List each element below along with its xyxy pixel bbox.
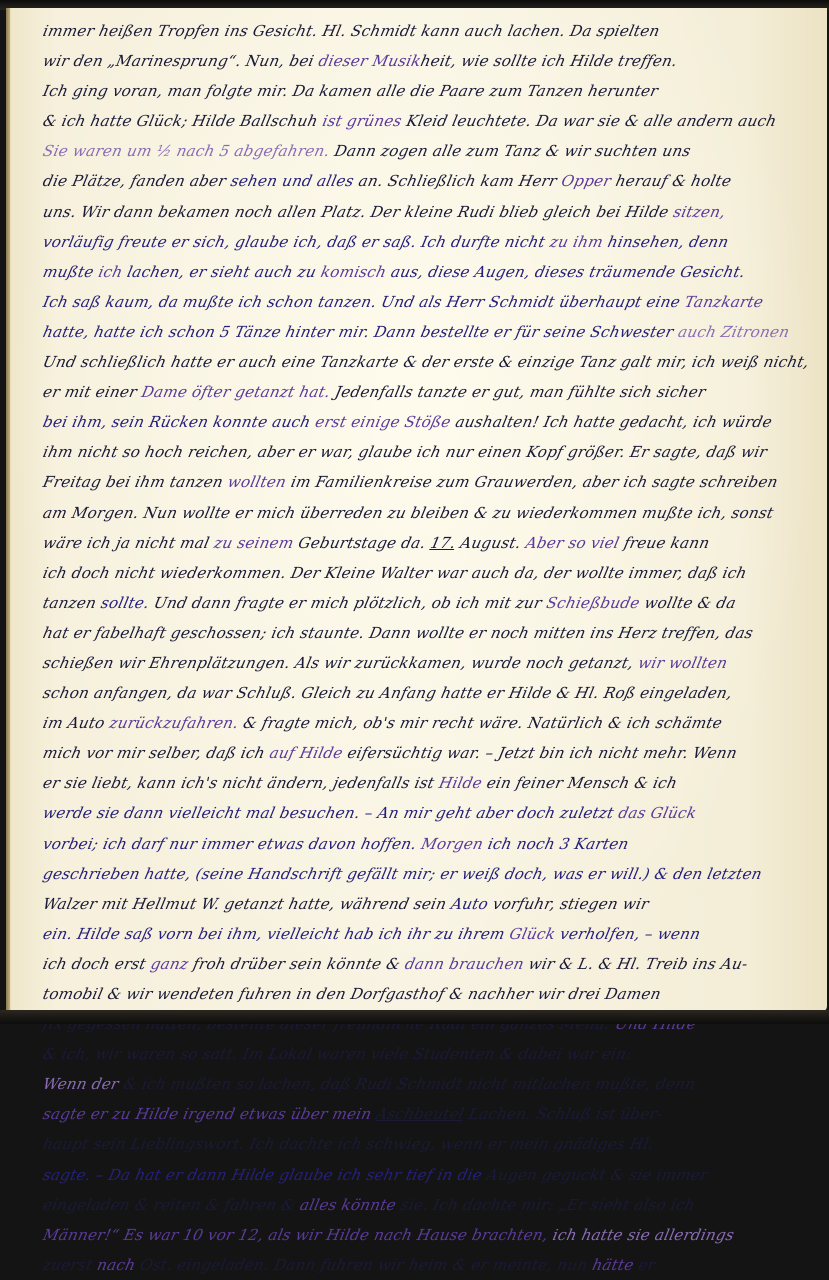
text-segment: hat er fabelhaft geschossen; ich staunte… [41, 624, 755, 642]
text-segment: ein. Hilde saß vorn bei ihm, vielleicht … [41, 925, 511, 943]
text-segment: schon anfangen, da war Schluß. Gleich zu… [41, 684, 734, 702]
text-segment: aus, diese Augen, dieses träumende Gesic… [384, 263, 747, 281]
text-segment: Ich saß kaum, da mußte ich schon tanzen.… [41, 293, 687, 311]
handwritten-line: vorbei; ich darf nur immer etwas davon h… [40, 829, 816, 859]
page-binding-edge [6, 8, 10, 1012]
text-segment: sehen und alles [229, 172, 356, 190]
text-segment: zu ihm [548, 233, 605, 251]
handwritten-line: vorläufig freute er sich, glaube ich, da… [40, 227, 816, 257]
text-segment: Hilde [437, 774, 483, 792]
text-segment: ihm nicht so hoch reichen, aber er war, … [41, 443, 769, 461]
text-segment: Ich ging voran, man folgte mir. Da kamen… [41, 82, 660, 100]
text-segment: August. [454, 534, 528, 552]
text-segment: herauf & holte [609, 172, 733, 190]
handwritten-line: mich vor mir selber, daß ich auf Hilde e… [40, 738, 816, 768]
handwritten-line: Freitag bei ihm tanzen wollten im Famili… [40, 467, 816, 497]
text-segment: verholfen, – wenn [553, 925, 702, 943]
text-segment: geschrieben hatte, (seine Handschrift ge… [41, 865, 763, 883]
text-segment: werde sie dann vielleicht mal besuchen. … [41, 804, 620, 822]
diary-page: immer heißen Tropfen ins Gesicht. Hl. Sc… [6, 8, 827, 1012]
text-segment: sitzen, [672, 203, 728, 221]
handwritten-line: mußte ich lachen, er sieht auch zu komis… [40, 257, 816, 287]
text-segment: vorbei; ich darf nur immer etwas davon h… [41, 835, 423, 853]
text-segment: dann brauchen [403, 955, 525, 973]
text-segment: ganz [149, 955, 190, 973]
text-segment: ein feiner Mensch & ich [480, 774, 679, 792]
text-segment: auch Zitronen [676, 323, 791, 341]
handwritten-text-block: immer heißen Tropfen ins Gesicht. Hl. Sc… [40, 16, 810, 1024]
handwritten-line: ich doch erst ganz froh drüber sein könn… [40, 949, 816, 979]
text-segment: hatte, hatte ich schon 5 Tänze hinter mi… [41, 323, 680, 341]
text-segment: hinsehen, denn [601, 233, 730, 251]
handwritten-line: er mit einer Dame öfter getanzt hat. Jed… [40, 377, 816, 407]
text-segment: Dame öfter getanzt hat. [140, 383, 332, 401]
text-segment: zurückzufahren. [108, 714, 240, 732]
handwritten-line: die Plätze, fanden aber sehen und alles … [40, 166, 816, 196]
handwritten-line: im Auto zurückzufahren. & fragte mich, o… [40, 708, 816, 738]
handwritten-line: hatte, hatte ich schon 5 Tänze hinter mi… [40, 317, 816, 347]
text-segment: erst einige Stöße [314, 413, 453, 431]
text-segment: tanzen [41, 594, 103, 612]
text-segment: die Plätze, fanden aber [41, 172, 233, 190]
handwritten-line: tomobil & wir wendeten fuhren in den Dor… [40, 979, 816, 1009]
text-segment: Auto [449, 895, 490, 913]
handwritten-line: & ich hatte Glück; Hilde Ballschuh ist g… [40, 106, 816, 136]
handwritten-line: Sie waren um ½ nach 5 abgefahren. Dann z… [40, 136, 816, 166]
handwritten-line: geschrieben hatte, (seine Handschrift ge… [40, 859, 816, 889]
text-segment: Walzer mit Hellmut W. getanzt hatte, wäh… [41, 895, 453, 913]
text-segment: Opper [560, 172, 613, 190]
text-segment: er sie liebt, kann ich's nicht ändern, j… [41, 774, 441, 792]
text-segment: freue kann [617, 534, 711, 552]
handwritten-line: Und schließlich hatte er auch eine Tanzk… [40, 347, 816, 377]
text-segment: zu seinem [212, 534, 295, 552]
scan-bottom-edge [0, 1010, 829, 1024]
handwritten-line: ich doch nicht wiederkommen. Der Kleine … [40, 558, 816, 588]
handwritten-line: uns. Wir dann bekamen noch allen Platz. … [40, 197, 816, 227]
text-segment: uns. Wir dann bekamen noch allen Platz. … [41, 203, 675, 221]
handwritten-line: Walzer mit Hellmut W. getanzt hatte, wäh… [40, 889, 816, 919]
text-segment: heit, wie sollte ich Hilde treffen. [419, 52, 679, 70]
text-segment: Sie waren um ½ nach 5 abgefahren. [41, 142, 331, 160]
text-segment: auf Hilde [268, 744, 345, 762]
text-segment: vorfuhr, stiegen wir [486, 895, 650, 913]
text-segment: an. Schließlich kam Herr [352, 172, 564, 190]
text-segment: dieser Musik [317, 52, 423, 70]
handwritten-line: werde sie dann vielleicht mal besuchen. … [40, 798, 816, 828]
text-segment: mußte [41, 263, 100, 281]
handwritten-line: tanzen sollte. Und dann fragte er mich p… [40, 588, 816, 618]
handwritten-line: hat er fabelhaft geschossen; ich staunte… [40, 618, 816, 648]
handwritten-line: wäre ich ja nicht mal zu seinem Geburtst… [40, 528, 816, 558]
text-segment: immer heißen Tropfen ins Gesicht. Hl. Sc… [41, 22, 661, 40]
handwritten-line: am Morgen. Nun wollte er mich überreden … [40, 498, 816, 528]
text-segment: ich doch nicht wiederkommen. Der Kleine … [41, 564, 748, 582]
text-segment: eifersüchtig war. – Jetzt bin ich nicht … [341, 744, 739, 762]
handwritten-line: bei ihm, sein Rücken konnte auch erst ei… [40, 407, 816, 437]
text-segment: Kleid leuchtete. Da war sie & alle ander… [400, 112, 779, 130]
text-segment: mich vor mir selber, daß ich [41, 744, 271, 762]
text-segment: & fragte mich, ob's mir recht wäre. Natü… [236, 714, 723, 732]
handwritten-line: wir den „Marinesprung“. Nun, bei dieser … [40, 46, 816, 76]
handwritten-line: Ich saß kaum, da mußte ich schon tanzen.… [40, 287, 816, 317]
text-segment: im Familienkreise zum Grauwerden, aber i… [284, 473, 779, 491]
text-segment: lachen, er sieht auch zu [120, 263, 322, 281]
text-segment: Und dann fragte er mich plötzlich, ob ic… [147, 594, 548, 612]
text-segment: Freitag bei ihm tanzen [41, 473, 230, 491]
text-segment: am Morgen. Nun wollte er mich überreden … [41, 504, 775, 522]
text-segment: Glück [508, 925, 557, 943]
text-segment: tomobil & wir wendeten fuhren in den Dor… [41, 985, 662, 1003]
handwritten-line: ein. Hilde saß vorn bei ihm, vielleicht … [40, 919, 816, 949]
text-segment: wir den „Marinesprung“. Nun, bei [41, 52, 320, 70]
text-segment: sollte. [99, 594, 151, 612]
text-segment: wir wollten [636, 654, 729, 672]
text-segment: wir & L. & Hl. Treib ins Au- [522, 955, 750, 973]
text-segment: Dann zogen alle zum Tanz & wir suchten u… [328, 142, 693, 160]
scanned-page: immer heißen Tropfen ins Gesicht. Hl. Sc… [0, 0, 829, 1024]
text-segment: das Glück [617, 804, 699, 822]
handwritten-line: immer heißen Tropfen ins Gesicht. Hl. Sc… [40, 16, 816, 46]
text-segment: im Auto [41, 714, 111, 732]
text-segment: komisch [319, 263, 388, 281]
text-segment: & ich hatte Glück; Hilde Ballschuh [41, 112, 324, 130]
text-segment: Jedenfalls tanzte er gut, man fühlte sic… [328, 383, 707, 401]
text-segment: aushalten! Ich hatte gedacht, ich würde [449, 413, 774, 431]
handwritten-line: Ich ging voran, man folgte mir. Da kamen… [40, 76, 816, 106]
text-segment: ist grünes [321, 112, 404, 130]
handwritten-line: ihm nicht so hoch reichen, aber er war, … [40, 437, 816, 467]
text-segment: Schießbude [545, 594, 642, 612]
text-segment: wäre ich ja nicht mal [41, 534, 216, 552]
text-segment: ich doch erst [41, 955, 153, 973]
text-segment: Morgen [420, 835, 485, 853]
text-segment: bei ihm, sein Rücken konnte auch [41, 413, 317, 431]
handwritten-line: schon anfangen, da war Schluß. Gleich zu… [40, 678, 816, 708]
text-segment: ich noch 3 Karten [481, 835, 630, 853]
text-segment: Tanzkarte [683, 293, 765, 311]
handwritten-line: schießen wir Ehrenplätzungen. Als wir zu… [40, 648, 816, 678]
text-segment: froh drüber sein könnte & [186, 955, 407, 973]
text-segment: vorläufig freute er sich, glaube ich, da… [41, 233, 552, 251]
text-segment: er mit einer [41, 383, 143, 401]
text-segment: wollte & da [638, 594, 738, 612]
text-segment: Geburtstage da. [292, 534, 433, 552]
text-segment: wollten [226, 473, 288, 491]
handwritten-line: er sie liebt, kann ich's nicht ändern, j… [40, 768, 816, 798]
text-segment: Aber so viel [524, 534, 621, 552]
text-segment: schießen wir Ehrenplätzungen. Als wir zu… [41, 654, 640, 672]
text-segment: Und schließlich hatte er auch eine Tanzk… [41, 353, 816, 371]
